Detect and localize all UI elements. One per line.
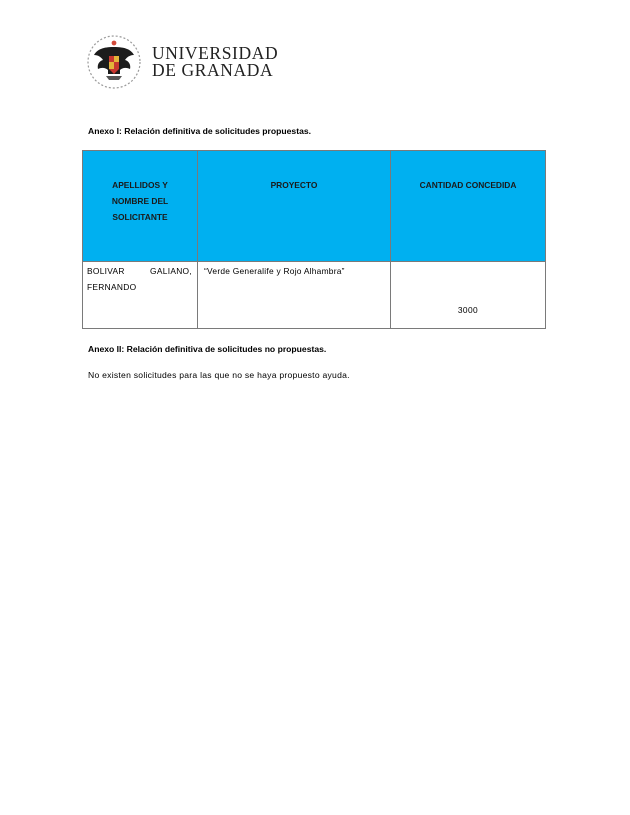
cell-amount: 3000 — [391, 262, 546, 329]
cell-project: “Verde Generalife y Rojo Alhambra” — [198, 262, 391, 329]
column-header-amount: CANTIDAD CONCEDIDA — [391, 151, 546, 262]
applicant-surname1: BOLIVAR — [87, 263, 125, 279]
table-row: BOLIVAR GALIANO, FERNANDO “Verde General… — [83, 262, 546, 329]
institution-name: UNIVERSIDAD DE GRANADA — [152, 45, 278, 79]
column-header-applicant: APELLIDOS Y NOMBRE DEL SOLICITANTE — [83, 151, 198, 262]
annex1-title: Anexo I: Relación definitiva de solicitu… — [88, 126, 311, 136]
column-header-project: PROYECTO — [198, 151, 391, 262]
university-logo: UNIVERSIDAD DE GRANADA — [86, 34, 278, 90]
annex2-title: Anexo II: Relación definitiva de solicit… — [88, 344, 326, 354]
cell-applicant: BOLIVAR GALIANO, FERNANDO — [83, 262, 198, 329]
university-crest-icon — [86, 34, 142, 90]
proposed-requests-table: APELLIDOS Y NOMBRE DEL SOLICITANTE PROYE… — [82, 150, 546, 329]
institution-name-line2: DE GRANADA — [152, 62, 278, 79]
annex2-text: No existen solicitudes para las que no s… — [88, 370, 350, 380]
table-header-row: APELLIDOS Y NOMBRE DEL SOLICITANTE PROYE… — [83, 151, 546, 262]
applicant-first-name: FERNANDO — [87, 279, 192, 295]
applicant-surname2: GALIANO, — [150, 263, 192, 279]
